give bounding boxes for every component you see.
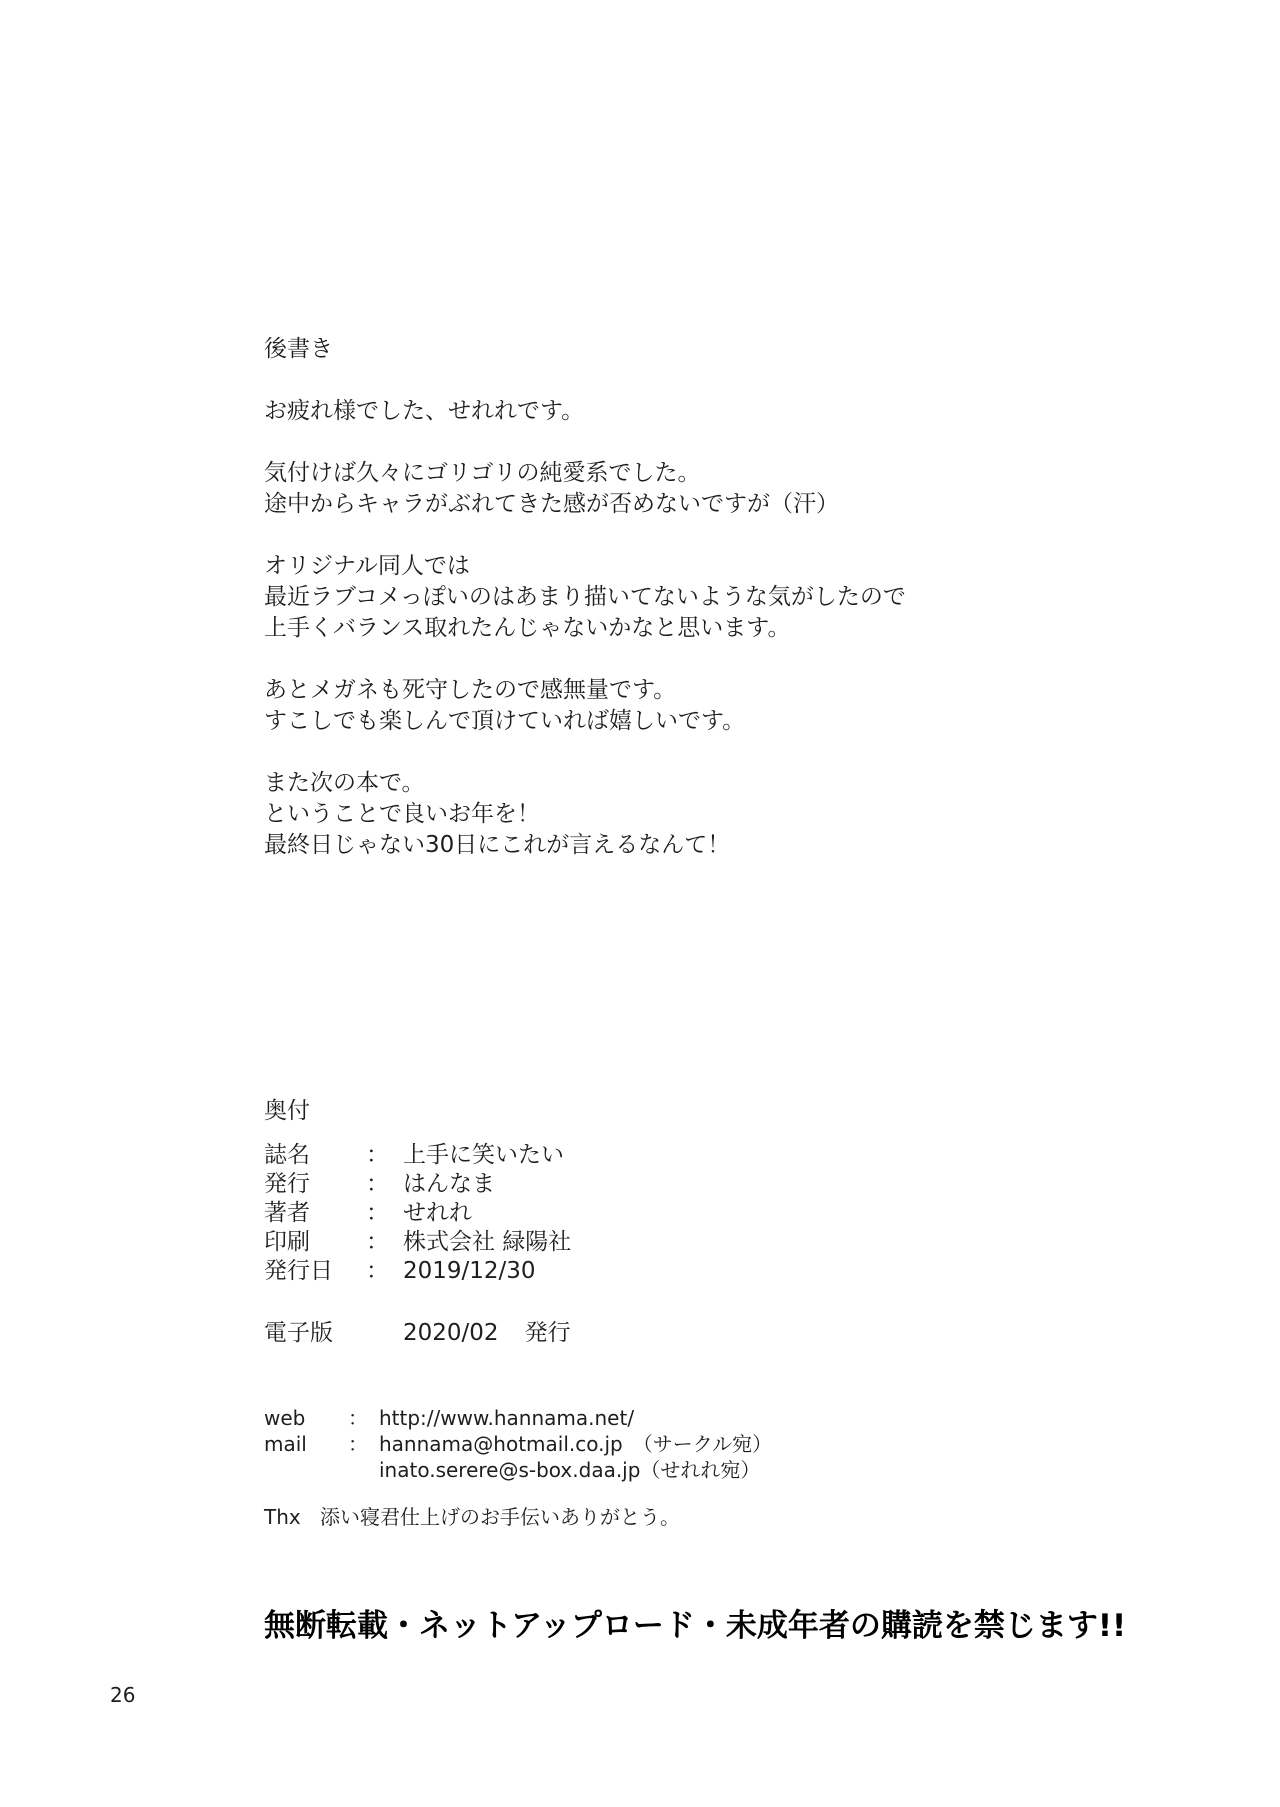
thanks-label: Thx xyxy=(264,1504,320,1530)
colophon-label: 発行日 xyxy=(264,1257,366,1286)
contact-row-mail: mail ： hannama@hotmail.co.jp （サークル宛） ina… xyxy=(264,1431,772,1483)
afterword-paragraph: お疲れ様でした、せれれです。 xyxy=(264,396,906,427)
colophon-value: はんなま xyxy=(403,1170,571,1199)
web-label: web xyxy=(264,1405,348,1431)
colophon-title: 奥付 xyxy=(264,1097,571,1126)
afterword-title: 後書き xyxy=(264,334,906,365)
afterword-line: 気付けば久々にゴリゴリの純愛系でした。 xyxy=(264,458,906,489)
mail-address-author: inato.serere@s-box.daa.jp（せれれ宛） xyxy=(379,1457,772,1483)
contact-section: web ： http://www.hannama.net/ mail ： han… xyxy=(264,1405,772,1530)
colophon-section: 奥付 誌名 ： 上手に笑いたい 発行 ： はんなま 著者 ： せれれ 印刷 ： … xyxy=(264,1097,571,1348)
colophon-row-publish-date: 発行日 ： 2019/12/30 xyxy=(264,1257,571,1286)
mail-separator: ： xyxy=(348,1431,379,1483)
digital-edition-date: 2020/02 xyxy=(403,1319,499,1348)
thanks-text: 添い寝君仕上げのお手伝いありがとう。 xyxy=(320,1504,680,1530)
afterword-line: 最近ラブコメっぽいのはあまり描いてないような気がしたので xyxy=(264,582,906,613)
colophon-value: 株式会社 緑陽社 xyxy=(403,1228,571,1257)
colophon-row-digital-edition: 電子版 2020/02 発行 xyxy=(264,1319,571,1348)
colophon-value: せれれ xyxy=(403,1199,571,1228)
afterword-paragraph: オリジナル同人では 最近ラブコメっぽいのはあまり描いてないような気がしたので 上… xyxy=(264,551,906,644)
colophon-row-printer: 印刷 ： 株式会社 緑陽社 xyxy=(264,1228,571,1257)
web-url: http://www.hannama.net/ xyxy=(379,1405,772,1431)
afterword-line: オリジナル同人では xyxy=(264,551,906,582)
mail-label: mail xyxy=(264,1431,348,1483)
colophon-label: 印刷 xyxy=(264,1228,366,1257)
web-separator: ： xyxy=(348,1405,379,1431)
colophon-separator: ： xyxy=(366,1141,403,1170)
afterword-title-text: 後書き xyxy=(264,334,906,365)
page-number: 26 xyxy=(110,1682,135,1708)
colophon-label: 著者 xyxy=(264,1199,366,1228)
afterword-line: あとメガネも死守したので感無量です。 xyxy=(264,675,906,706)
afterword-line: すこしでも楽しんで頂けていれば嬉しいです。 xyxy=(264,706,906,737)
colophon-separator: ： xyxy=(366,1199,403,1228)
afterword-line: 最終日じゃない30日にこれが言えるなんて！ xyxy=(264,830,906,861)
digital-edition-label: 電子版 xyxy=(264,1319,403,1348)
contact-row-web: web ： http://www.hannama.net/ xyxy=(264,1405,772,1431)
mail-address-circle: hannama@hotmail.co.jp （サークル宛） xyxy=(379,1431,772,1457)
afterword-line: ということで良いお年を！ xyxy=(264,799,906,830)
document-page: 後書き お疲れ様でした、せれれです。 気付けば久々にゴリゴリの純愛系でした。 途… xyxy=(0,0,1280,1807)
thanks-row: Thx 添い寝君仕上げのお手伝いありがとう。 xyxy=(264,1504,772,1530)
colophon-separator: ： xyxy=(366,1257,403,1286)
afterword-paragraph: 気付けば久々にゴリゴリの純愛系でした。 途中からキャラがぶれてきた感が否めないで… xyxy=(264,458,906,520)
colophon-value: 上手に笑いたい xyxy=(403,1141,571,1170)
afterword-paragraph: また次の本で。 ということで良いお年を！ 最終日じゃない30日にこれが言えるなん… xyxy=(264,768,906,861)
colophon-label: 誌名 xyxy=(264,1141,366,1170)
afterword-line: 上手くバランス取れたんじゃないかなと思います。 xyxy=(264,613,906,644)
afterword-paragraph: あとメガネも死守したので感無量です。 すこしでも楽しんで頂けていれば嬉しいです。 xyxy=(264,675,906,737)
colophon-separator: ： xyxy=(366,1170,403,1199)
afterword-line: お疲れ様でした、せれれです。 xyxy=(264,396,906,427)
colophon-separator: ： xyxy=(366,1228,403,1257)
colophon-row-title: 誌名 ： 上手に笑いたい xyxy=(264,1141,571,1170)
colophon-row-author: 著者 ： せれれ xyxy=(264,1199,571,1228)
colophon-value: 2019/12/30 xyxy=(403,1257,571,1286)
colophon-label: 発行 xyxy=(264,1170,366,1199)
reprint-warning-text: 無断転載・ネットアップロード・未成年者の購読を禁じます!! xyxy=(264,1606,1126,1646)
afterword-section: 後書き お疲れ様でした、せれれです。 気付けば久々にゴリゴリの純愛系でした。 途… xyxy=(264,334,906,861)
digital-edition-suffix: 発行 xyxy=(525,1319,571,1348)
colophon-row-publisher: 発行 ： はんなま xyxy=(264,1170,571,1199)
mail-addresses: hannama@hotmail.co.jp （サークル宛） inato.sere… xyxy=(379,1431,772,1483)
afterword-line: 途中からキャラがぶれてきた感が否めないですが（汗） xyxy=(264,489,906,520)
afterword-line: また次の本で。 xyxy=(264,768,906,799)
